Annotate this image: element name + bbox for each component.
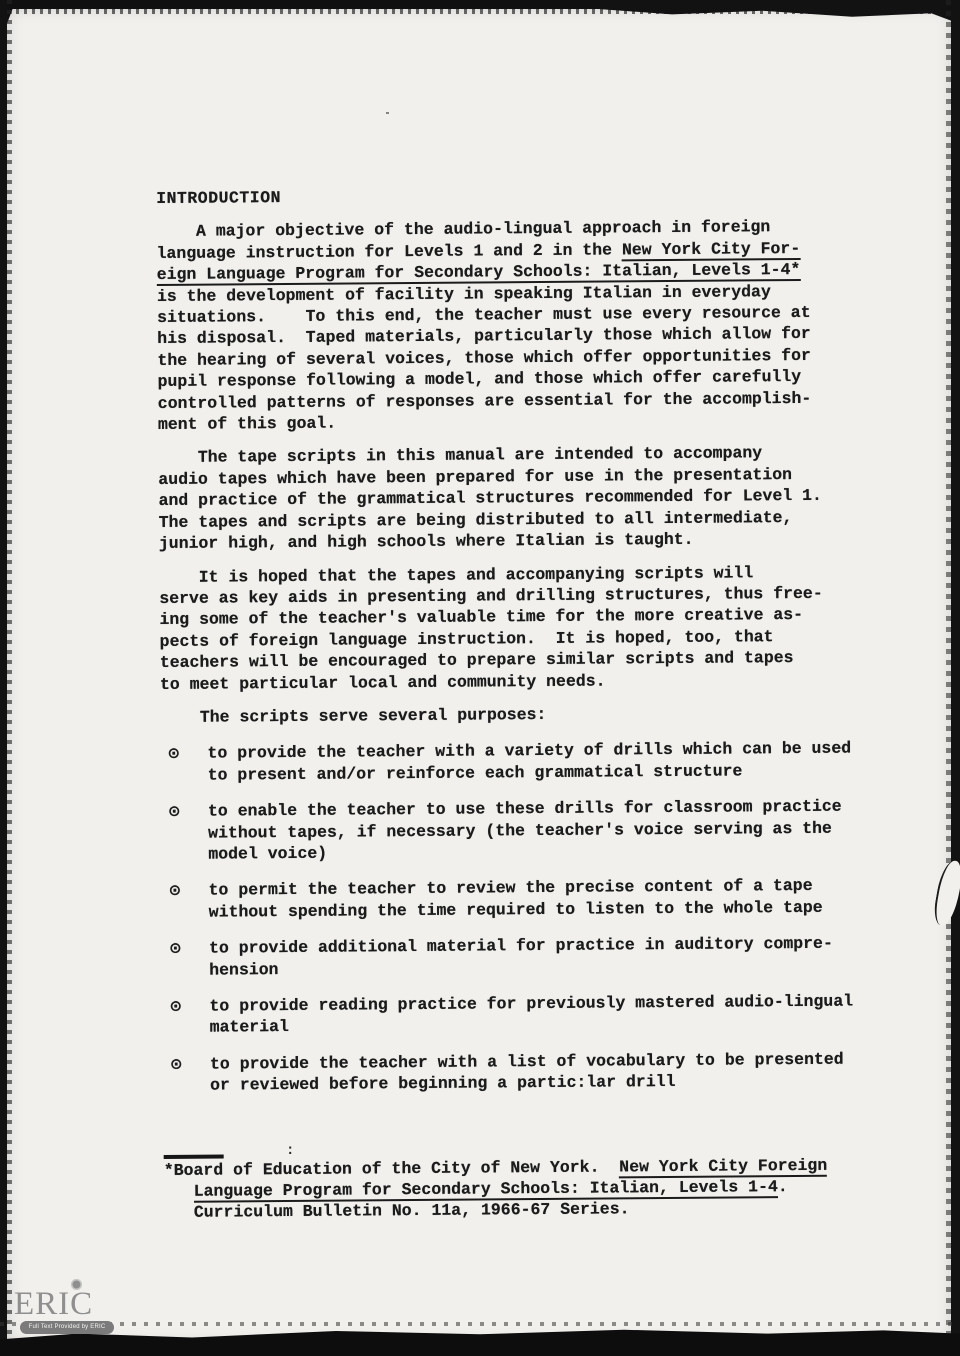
scan-edge-bottom [0, 1324, 960, 1356]
paragraph-line: to meet particular local and community n… [160, 668, 838, 695]
bullet-icon: ⊙ [163, 1053, 210, 1096]
footnote-line: Curriculum Bulletin No. 11a, 1966-67 Ser… [164, 1197, 842, 1224]
page-title: INTRODUCTION [156, 183, 834, 210]
line-text: language instruction for Levels 1 and 2 … [157, 240, 623, 263]
bullet-icon: ⊙ [162, 880, 209, 923]
paragraph-2: The tape scripts in this manual are inte… [158, 442, 837, 554]
paragraph-1: A major objective of the audio-lingual a… [156, 216, 836, 435]
scan-edge-left [0, 0, 7, 1356]
list-item-line: to present and/or reinforce each grammat… [208, 759, 852, 785]
eric-logo-tagline: Full Text Provided by ERIC [20, 1321, 114, 1334]
paragraph-line: ment of this goal. [158, 409, 836, 436]
list-item: ⊙ to provide additional material for pra… [162, 933, 840, 981]
scan-edge-left-fringe [7, 0, 12, 1356]
list-item: ⊙ to provide the teacher with a variety … [160, 738, 838, 786]
footnote-separator [164, 1154, 224, 1158]
scanned-document-page: : INTRODUCTION A major objective of the … [0, 0, 960, 1356]
scan-speck [386, 112, 389, 114]
list-item-line: or reviewed before beginning a partic:la… [210, 1070, 844, 1096]
line-text: *Board of Education of the City of New Y… [164, 1157, 620, 1180]
eric-logo: ERIC Full Text Provided by ERIC [14, 1288, 114, 1334]
bullet-icon: ⊙ [162, 938, 209, 981]
eric-globe-icon [71, 1279, 82, 1290]
paragraph-line: junior high, and high schools where Ital… [159, 528, 837, 555]
list-item: ⊙ to permit the teacher to review the pr… [162, 875, 840, 923]
eric-wordmark: ERIC [14, 1286, 93, 1322]
bullet-icon: ⊙ [160, 743, 207, 786]
list-item-line: model voice) [208, 839, 842, 865]
bullet-icon: ⊙ [161, 801, 209, 866]
document-body: INTRODUCTION A major objective of the au… [156, 183, 842, 1224]
footnote-line: Language Program for Secondary Schools: … [164, 1176, 842, 1203]
scan-edge-bottom-speckle [0, 1322, 960, 1326]
paragraph-3: It is hoped that the tapes and accompany… [159, 561, 838, 695]
list-item: ⊙ to enable the teacher to use these dri… [161, 796, 839, 866]
underlined-citation: New York City Foreign [619, 1155, 827, 1178]
list-item-text: to provide the teacher with a list of vo… [210, 1048, 844, 1096]
scan-edge-top-right [600, 0, 960, 24]
bullet-icon: ⊙ [162, 996, 209, 1039]
list-item-text: to enable the teacher to use these drill… [208, 796, 842, 865]
scan-edge-right-fringe [946, 0, 951, 1356]
list-item-text: to permit the teacher to review the prec… [209, 875, 840, 923]
list-item-text: to provide the teacher with a variety of… [207, 738, 851, 786]
list-item-line: without spending the time required to li… [209, 896, 840, 922]
list-item-text: to provide reading practice for previous… [209, 991, 853, 1039]
scan-edge-right [951, 0, 960, 1356]
paragraph-line: The scripts serve several purposes: [160, 702, 838, 729]
footnote: *Board of Education of the City of New Y… [164, 1149, 843, 1224]
list-item-text: to provide additional material for pract… [209, 933, 840, 981]
list-item: ⊙ to provide reading practice for previo… [162, 991, 840, 1039]
list-item-line: material [210, 1012, 854, 1038]
line-text: . [778, 1177, 788, 1196]
underlined-citation: New York City For- [622, 239, 800, 261]
purpose-list: ⊙ to provide the teacher with a variety … [160, 738, 841, 1097]
list-item: ⊙ to provide the teacher with a list of … [163, 1048, 841, 1096]
eric-logo-text: ERIC [14, 1288, 114, 1321]
paragraph-4: The scripts serve several purposes: [160, 702, 838, 729]
